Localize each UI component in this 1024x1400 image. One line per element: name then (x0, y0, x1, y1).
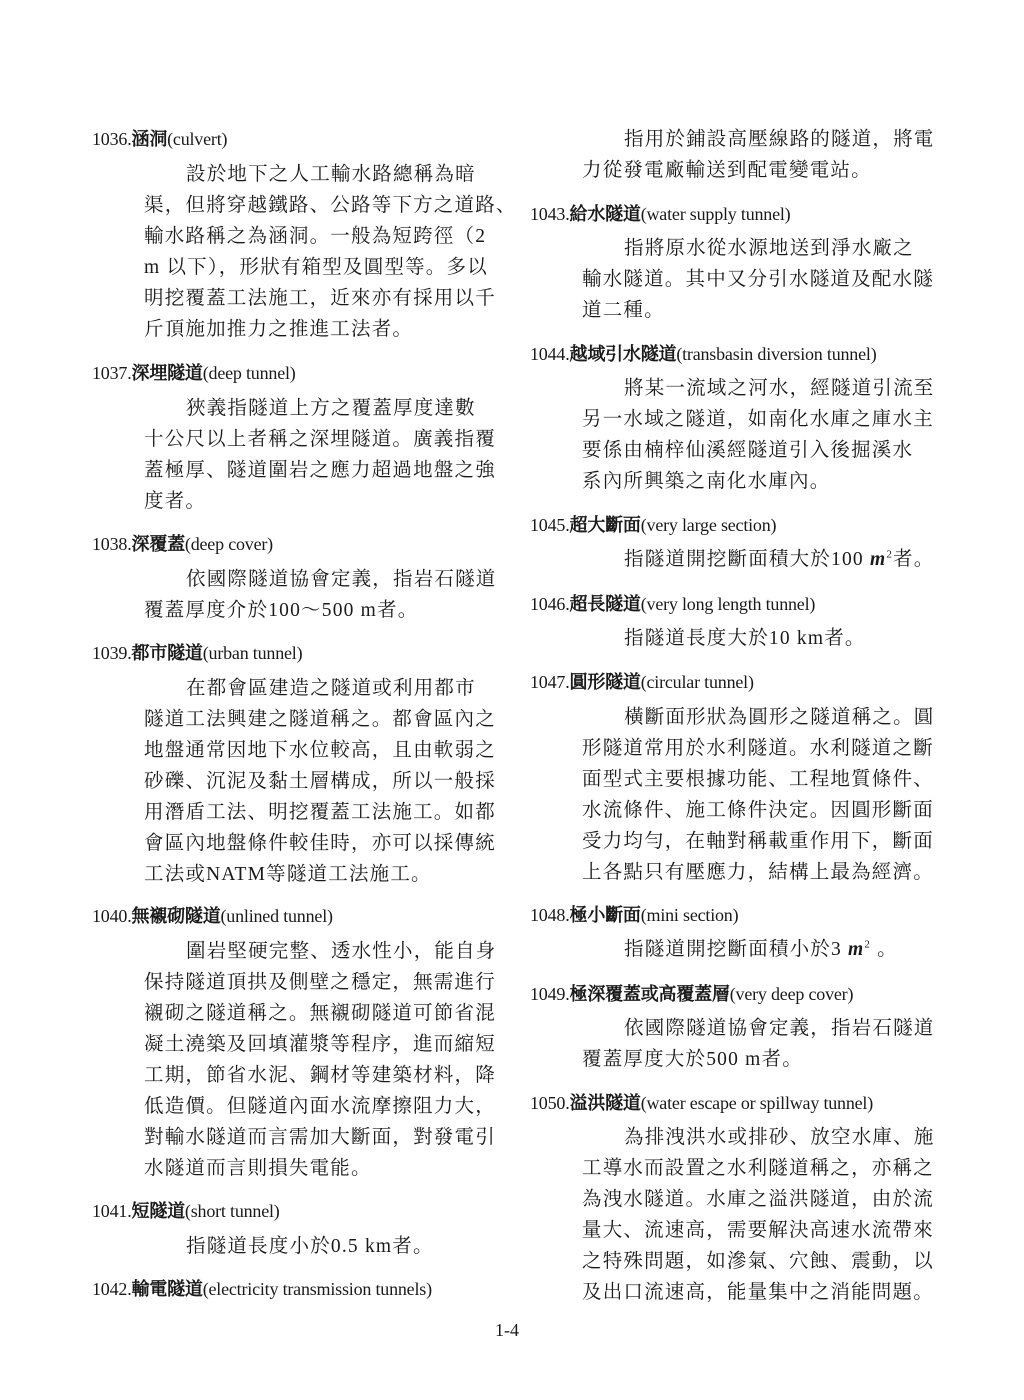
term-number: 1049. (530, 984, 570, 1004)
term-heading: 1047.圓形隧道(circular tunnel) (530, 671, 754, 693)
definition-line: 設於地下之人工輸水路總稱為暗 (186, 163, 476, 187)
definition-line: 輸水隧道。其中又分引水隧道及配水隧 (582, 268, 934, 292)
definition-line: 襯砌之隧道稱之。無襯砌隧道可節省混 (144, 1002, 496, 1026)
definition-line: 水隧道而言則損失電能。 (144, 1157, 372, 1181)
term-english: (urban tunnel) (203, 643, 303, 663)
superscript: 2 (886, 549, 893, 561)
definition-line: 凝土澆築及回填灌漿等程序，進而縮短 (144, 1033, 496, 1057)
definition-line: 道二種。 (582, 299, 665, 323)
term-english: (water supply tunnel) (641, 204, 791, 224)
definition-line: 覆蓋厚度大於500 m者。 (582, 1048, 803, 1072)
definition-line: 會區內地盤條件較佳時，亦可以採傳統 (144, 832, 496, 856)
definition-line: 工期，節省水泥、鋼材等建築材料，降 (144, 1064, 496, 1088)
term-number: 1046. (530, 594, 570, 614)
term-chinese: 深埋隧道 (132, 363, 203, 383)
definition-line: 上各點只有壓應力，結構上最為經濟。 (582, 861, 934, 885)
definition-line: 為洩水隧道。水庫之溢洪隧道，由於流 (582, 1188, 934, 1212)
term-heading: 1048.極小斷面(mini section) (530, 904, 738, 926)
definition-line: 指隧道長度大於10 km者。 (624, 627, 866, 651)
definition-line: 輸水路稱之為涵洞。一般為短跨徑（2 (144, 225, 486, 249)
term-english: (very deep cover) (730, 984, 854, 1004)
term-heading: 1040.無襯砌隧道(unlined tunnel) (92, 905, 333, 927)
definition-line: 及出口流速高，能量集中之消能問題。 (582, 1281, 934, 1305)
definition-line: 隧道工法興建之隧道稱之。都會區內之 (144, 708, 496, 732)
term-chinese: 輸電隧道 (132, 1279, 203, 1299)
definition-line: 砂礫、沉泥及黏土層構成，所以一般採 (144, 770, 496, 794)
term-chinese: 涵洞 (132, 129, 168, 149)
term-number: 1037. (92, 363, 132, 383)
term-chinese: 極小斷面 (570, 905, 641, 925)
term-number: 1045. (530, 515, 570, 535)
definition-line: 十公尺以上者稱之深埋隧道。廣義指覆 (144, 428, 496, 452)
term-english: (very long length tunnel) (641, 594, 815, 614)
term-english: (short tunnel) (185, 1201, 280, 1221)
term-english: (very large section) (641, 515, 777, 535)
term-english: (circular tunnel) (641, 672, 754, 692)
term-number: 1044. (530, 344, 570, 364)
page-number: 1-4 (495, 1320, 519, 1341)
definition-line: 依國際隧道協會定義，指岩石隧道 (624, 1017, 935, 1041)
definition-line: 低造價。但隧道內面水流摩擦阻力大， (144, 1095, 496, 1119)
definition-line: m 以下），形狀有箱型及圓型等。多以 (144, 256, 488, 280)
definition-line: 覆蓋厚度介於100～500 m者。 (144, 599, 418, 623)
term-chinese: 無襯砌隧道 (132, 906, 221, 926)
term-english: (deep cover) (185, 534, 273, 554)
definition-line: 為排洩洪水或排砂、放空水庫、施 (624, 1126, 935, 1150)
unit-text: m (870, 549, 886, 570)
term-number: 1038. (92, 534, 132, 554)
definition-line: 明挖覆蓋工法施工，近來亦有採用以千 (144, 287, 496, 311)
term-chinese: 超大斷面 (570, 515, 641, 535)
definition-line: 另一水域之隧道，如南化水庫之庫水主 (582, 408, 934, 432)
definition-text: 者。 (893, 549, 934, 570)
definition-line: 斤頂施加推力之推進工法者。 (144, 318, 413, 342)
definition-line: 力從發電廠輸送到配電變電站。 (582, 159, 872, 183)
definition-line: 指用於鋪設高壓線路的隧道，將電 (624, 128, 935, 152)
term-number: 1050. (530, 1093, 570, 1113)
definition-line: 水流條件、施工條件決定。因圓形斷面 (582, 799, 934, 823)
term-chinese: 極深覆蓋或高覆蓋層 (570, 984, 730, 1004)
definition-line: 蓋極厚、隧道圍岩之應力超過地盤之強 (144, 459, 496, 483)
term-number: 1040. (92, 906, 132, 926)
definition-line: 要係由楠梓仙溪經隧道引入後掘溪水 (582, 439, 913, 463)
term-chinese: 圓形隧道 (570, 672, 641, 692)
term-heading: 1043.給水隧道(water supply tunnel) (530, 203, 790, 225)
definition-line: 指隧道開挖斷面積小於3 m2 。 (624, 938, 898, 962)
definition-line: 工法或NATM等隧道工法施工。 (144, 863, 432, 887)
definition-text: 指隧道開挖斷面積小於3 (624, 939, 848, 960)
term-heading: 1039.都市隧道(urban tunnel) (92, 642, 302, 664)
term-heading: 1046.超長隧道(very long length tunnel) (530, 593, 815, 615)
term-chinese: 短隧道 (132, 1201, 185, 1221)
definition-line: 之特殊問題，如滲氣、穴蝕、震動，以 (582, 1250, 934, 1274)
definition-line: 指將原水從水源地送到淨水廠之 (624, 237, 914, 261)
term-heading: 1049.極深覆蓋或高覆蓋層(very deep cover) (530, 983, 853, 1005)
definition-text: 。 (871, 939, 898, 960)
definition-text: 指隧道開挖斷面積大於100 (624, 549, 870, 570)
term-english: (unlined tunnel) (221, 906, 333, 926)
definition-line: 系內所興築之南化水庫內。 (582, 470, 830, 494)
term-chinese: 深覆蓋 (132, 534, 185, 554)
definition-line: 面型式主要根據功能、工程地質條件、 (582, 768, 934, 792)
definition-line: 圍岩堅硬完整、透水性小，能自身 (186, 940, 497, 964)
definition-line: 依國際隧道協會定義，指岩石隧道 (186, 568, 497, 592)
term-english: (electricity transmission tunnels) (203, 1279, 432, 1299)
term-heading: 1050.溢洪隧道(water escape or spillway tunne… (530, 1092, 873, 1114)
term-number: 1036. (92, 129, 132, 149)
definition-line: 渠，但將穿越鐵路、公路等下方之道路、 (144, 194, 517, 218)
term-heading: 1041.短隧道(short tunnel) (92, 1200, 280, 1222)
term-english: (transbasin diversion tunnel) (676, 344, 876, 364)
term-english: (deep tunnel) (203, 363, 296, 383)
definition-line: 度者。 (144, 490, 206, 514)
definition-line: 在都會區建造之隧道或利用都市 (186, 677, 476, 701)
definition-line: 形隧道常用於水利隧道。水利隧道之斷 (582, 737, 934, 761)
term-heading: 1038.深覆蓋(deep cover) (92, 533, 273, 555)
term-heading: 1045.超大斷面(very large section) (530, 514, 776, 536)
term-chinese: 給水隧道 (570, 204, 641, 224)
term-chinese: 越域引水隧道 (570, 344, 677, 364)
definition-line: 保持隧道頂拱及側壁之穩定，無需進行 (144, 971, 496, 995)
definition-line: 受力均勻，在軸對稱載重作用下，斷面 (582, 830, 934, 854)
definition-line: 指隧道長度小於0.5 km者。 (186, 1235, 434, 1259)
term-chinese: 都市隧道 (132, 643, 203, 663)
definition-line: 狹義指隧道上方之覆蓋厚度達數 (186, 397, 476, 421)
term-chinese: 超長隧道 (570, 594, 641, 614)
term-number: 1039. (92, 643, 132, 663)
definition-line: 指隧道開挖斷面積大於100 m2者。 (624, 548, 934, 572)
term-english: (mini section) (641, 905, 739, 925)
term-chinese: 溢洪隧道 (570, 1093, 641, 1113)
term-heading: 1042.輸電隧道(electricity transmission tunne… (92, 1278, 432, 1300)
term-heading: 1044.越域引水隧道(transbasin diversion tunnel) (530, 343, 876, 365)
term-english: (water escape or spillway tunnel) (641, 1093, 873, 1113)
term-english: (culvert) (167, 129, 227, 149)
term-number: 1042. (92, 1279, 132, 1299)
definition-line: 對輸水隧道而言需加大斷面，對發電引 (144, 1126, 496, 1150)
definition-line: 將某一流域之河水，經隧道引流至 (624, 377, 935, 401)
term-number: 1048. (530, 905, 570, 925)
definition-line: 橫斷面形狀為圓形之隧道稱之。圓 (624, 706, 935, 730)
definition-line: 量大、流速高，需要解決高速水流帶來 (582, 1219, 934, 1243)
term-number: 1041. (92, 1201, 132, 1221)
term-number: 1047. (530, 672, 570, 692)
definition-line: 地盤通常因地下水位較高，且由軟弱之 (144, 739, 496, 763)
unit-text: m (848, 939, 864, 960)
term-heading: 1037.深埋隧道(deep tunnel) (92, 362, 296, 384)
term-number: 1043. (530, 204, 570, 224)
term-heading: 1036.涵洞(culvert) (92, 128, 227, 150)
definition-line: 工導水而設置之水利隧道稱之，亦稱之 (582, 1157, 934, 1181)
definition-line: 用潛盾工法、明挖覆蓋工法施工。如都 (144, 801, 496, 825)
